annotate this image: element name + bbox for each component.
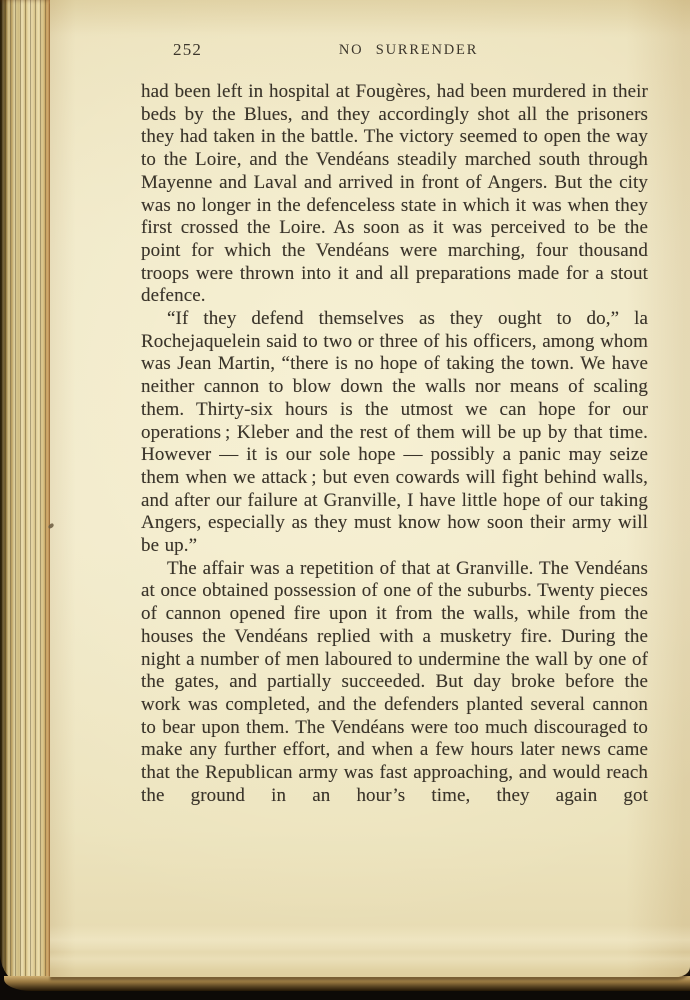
paragraph-1: had been left in hospital at Fougères, h…: [141, 81, 648, 308]
page-text: had been left in hospital at Fougères, h…: [141, 81, 648, 808]
paragraph-2: “If they defend themselves as they ought…: [141, 308, 648, 558]
book-scan: 252 NO SURRENDER had been left in hospit…: [0, 0, 690, 1000]
book-bottom-edge: [4, 976, 690, 991]
paragraph-3: The affair was a repetition of that at G…: [141, 558, 648, 808]
page-content: 252 NO SURRENDER had been left in hospit…: [50, 0, 690, 808]
book-page: 252 NO SURRENDER had been left in hospit…: [50, 0, 690, 977]
page-header: 252 NO SURRENDER: [141, 40, 648, 60]
running-title: NO SURRENDER: [339, 42, 478, 59]
page-edges-left: [0, 0, 57, 984]
page-number: 252: [173, 40, 202, 60]
